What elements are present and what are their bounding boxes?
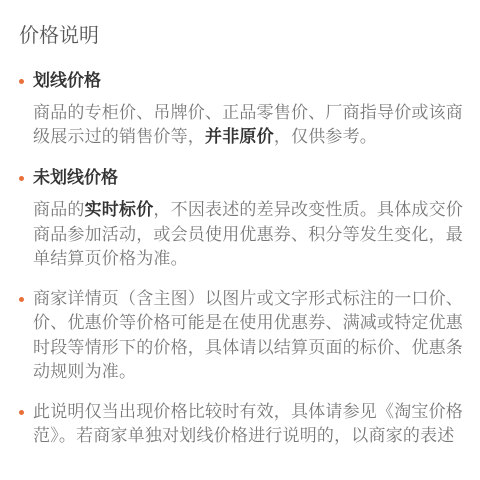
section-heading: 未划线价格 xyxy=(33,167,118,189)
page-title: 价格说明 xyxy=(19,22,99,48)
price-explanation-page: 价格说明 划线价格 商品的专柜价、吊牌价、正品零售价、厂商指导价或该商 级展示过… xyxy=(0,0,480,480)
body-text: 时段等情形下的价格，具体请以结算页面的标价、优惠条 xyxy=(33,338,463,358)
body-line: 商品的实时标价，不因表述的差异改变性质。具体成交价 xyxy=(33,199,463,221)
body-line: 商品参加活动，或会员使用优惠券、积分等发生变化，最 xyxy=(33,224,463,246)
body-text: 商品的专柜价、吊牌价、正品零售价、厂商指导价或该商 xyxy=(33,103,463,123)
body-line: 此说明仅当出现价格比较时有效，具体请参见《淘宝价格 xyxy=(33,401,463,423)
emphasis-text: 实时标价 xyxy=(85,200,154,220)
body-text: 商品的 xyxy=(33,200,85,220)
body-line: 动规则为准。 xyxy=(33,361,136,383)
body-text: 动规则为准。 xyxy=(33,362,136,382)
body-line: 价、优惠价等价格可能是在使用优惠券、满减或特定优惠 xyxy=(33,312,463,334)
body-line: 商品的专柜价、吊牌价、正品零售价、厂商指导价或该商 xyxy=(33,102,463,124)
bullet-dot-icon xyxy=(19,176,24,181)
body-text: 价、优惠价等价格可能是在使用优惠券、满减或特定优惠 xyxy=(33,313,463,333)
bullet-dot-icon xyxy=(19,410,24,415)
body-text: 单结算页价格为准。 xyxy=(33,249,188,269)
bullet-dot-icon xyxy=(19,297,24,302)
body-line: 范》。若商家单独对划线价格进行说明的，以商家的表述 xyxy=(33,425,455,447)
body-line: 级展示过的销售价等，并非原价，仅供参考。 xyxy=(33,126,377,148)
body-text: 范》。若商家单独对划线价格进行说明的，以商家的表述 xyxy=(33,426,455,446)
body-text: 商品参加活动，或会员使用优惠券、积分等发生变化，最 xyxy=(33,225,463,245)
section-heading: 划线价格 xyxy=(33,70,101,92)
body-line: 时段等情形下的价格，具体请以结算页面的标价、优惠条 xyxy=(33,337,463,359)
body-line: 单结算页价格为准。 xyxy=(33,248,188,270)
body-text: 商家详情页（含主图）以图片或文字形式标注的一口价、 xyxy=(33,289,463,309)
body-text: ，不因表述的差异改变性质。具体成交价 xyxy=(153,200,463,220)
emphasis-text: 并非原价 xyxy=(205,127,274,147)
bullet-dot-icon xyxy=(19,79,24,84)
body-text: ，仅供参考。 xyxy=(274,127,377,147)
body-line: 商家详情页（含主图）以图片或文字形式标注的一口价、 xyxy=(33,288,463,310)
body-text: 级展示过的销售价等， xyxy=(33,127,205,147)
body-text: 此说明仅当出现价格比较时有效，具体请参见《淘宝价格 xyxy=(33,402,463,422)
